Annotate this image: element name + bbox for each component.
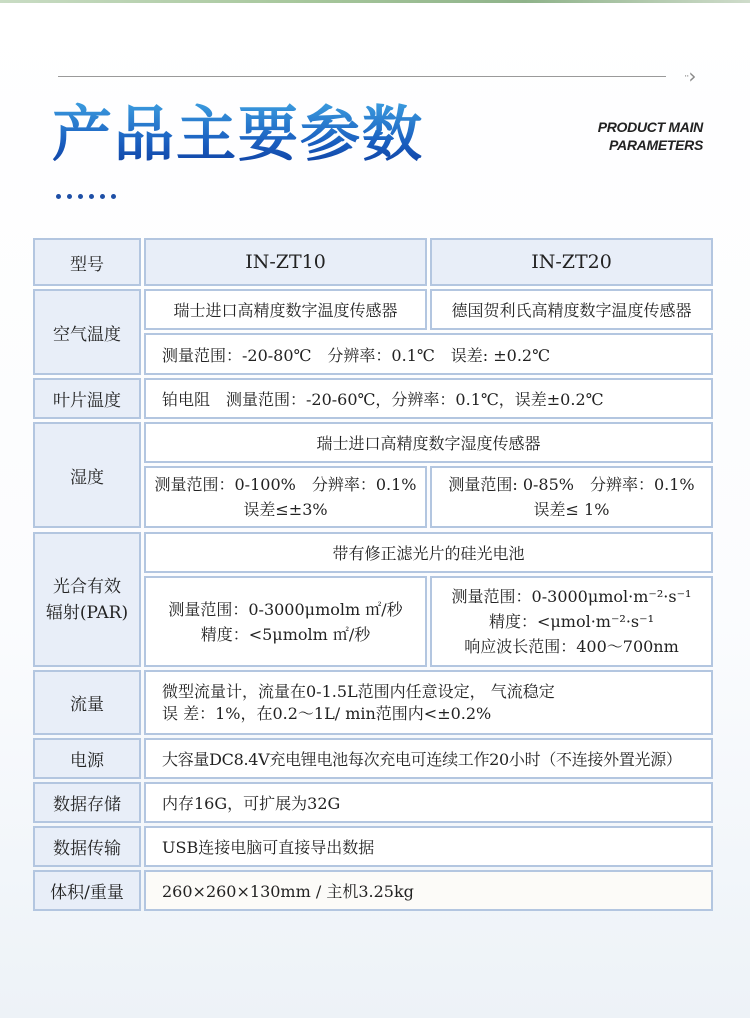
subtitle-line-1: PRODUCT MAIN: [598, 118, 703, 136]
flow-line1: 微型流量计，流量在0-1.5L范围内任意设定， 气流稳定: [162, 681, 555, 703]
header-divider: [58, 76, 666, 77]
label-size-weight: 体积/重量: [33, 870, 141, 911]
label-air-temperature: 空气温度: [33, 289, 141, 375]
par-col2-line3: 响应波长范围：400～700nm: [464, 634, 679, 659]
humidity-col2-line1: 测量范围: 0-85% 分辨率：0.1%: [448, 472, 694, 497]
chevron-right-icon: ··›: [684, 64, 714, 88]
storage-specs: 内存16G，可扩展为32G: [144, 782, 713, 823]
page-title: 产品主要参数: [52, 100, 424, 170]
par-col2-line1: 测量范围：0-3000μmol·m⁻²·s⁻¹: [452, 584, 692, 609]
air-temp-sensor-col1: 瑞士进口高精度数字温度传感器: [144, 289, 427, 330]
top-decorative-strip: [0, 0, 750, 3]
humidity-col2-line2: 误差≤ 1%: [534, 497, 610, 522]
power-specs: 大容量DC8.4V充电锂电池每次充电可连续工作20小时（不连接外置光源）: [144, 738, 713, 779]
model-col1: IN-ZT10: [144, 238, 427, 286]
par-col1-line2: 精度：<5μmolm ㎡/秒: [201, 622, 371, 647]
humidity-col1-line1: 测量范围：0-100% 分辨率：0.1%: [155, 472, 417, 497]
size-weight-specs: 260×260×130mm / 主机3.25kg: [144, 870, 713, 911]
label-flow: 流量: [33, 670, 141, 735]
label-storage: 数据存储: [33, 782, 141, 823]
leaf-temp-specs: 铂电阻 测量范围：-20-60℃，分辨率：0.1℃，误差±0.2℃: [144, 378, 713, 419]
label-model: 型号: [33, 238, 141, 286]
par-col1-line1: 测量范围：0-3000μmolm ㎡/秒: [168, 597, 402, 622]
air-temp-specs: 测量范围：-20-80℃ 分辨率：0.1℃ 误差: ±0.2℃: [144, 333, 713, 375]
par-col2-line2: 精度：<μmol·m⁻²·s⁻¹: [489, 609, 654, 634]
label-power: 电源: [33, 738, 141, 779]
humidity-col1-line2: 误差≤±3%: [243, 497, 327, 522]
humidity-col1: 测量范围：0-100% 分辨率：0.1% 误差≤±3%: [144, 466, 427, 528]
subtitle-line-2: PARAMETERS: [598, 136, 703, 154]
label-humidity: 湿度: [33, 422, 141, 528]
par-label-line2: 辐射(PAR): [46, 600, 128, 626]
flow-specs: 微型流量计，流量在0-1.5L范围内任意设定， 气流稳定 误 差：1%，在0.2…: [144, 670, 713, 735]
humidity-sensor: 瑞士进口高精度数字湿度传感器: [144, 422, 713, 463]
page-subtitle: PRODUCT MAIN PARAMETERS: [598, 118, 703, 154]
label-par: 光合有效 辐射(PAR): [33, 532, 141, 667]
par-label-line1: 光合有效: [53, 574, 121, 600]
flow-line2: 误 差：1%，在0.2～1L/ min范围内<±0.2%: [162, 703, 491, 725]
humidity-col2: 测量范围: 0-85% 分辨率：0.1% 误差≤ 1%: [430, 466, 713, 528]
par-sensor: 带有修正滤光片的硅光电池: [144, 532, 713, 573]
par-col2: 测量范围：0-3000μmol·m⁻²·s⁻¹ 精度：<μmol·m⁻²·s⁻¹…: [430, 576, 713, 667]
label-transfer: 数据传输: [33, 826, 141, 867]
par-col1: 测量范围：0-3000μmolm ㎡/秒 精度：<5μmolm ㎡/秒: [144, 576, 427, 667]
label-leaf-temperature: 叶片温度: [33, 378, 141, 419]
model-col2: IN-ZT20: [430, 238, 713, 286]
transfer-specs: USB连接电脑可直接导出数据: [144, 826, 713, 867]
air-temp-sensor-col2: 德国贺利氏高精度数字温度传感器: [430, 289, 713, 330]
decorative-dots: [56, 194, 116, 199]
